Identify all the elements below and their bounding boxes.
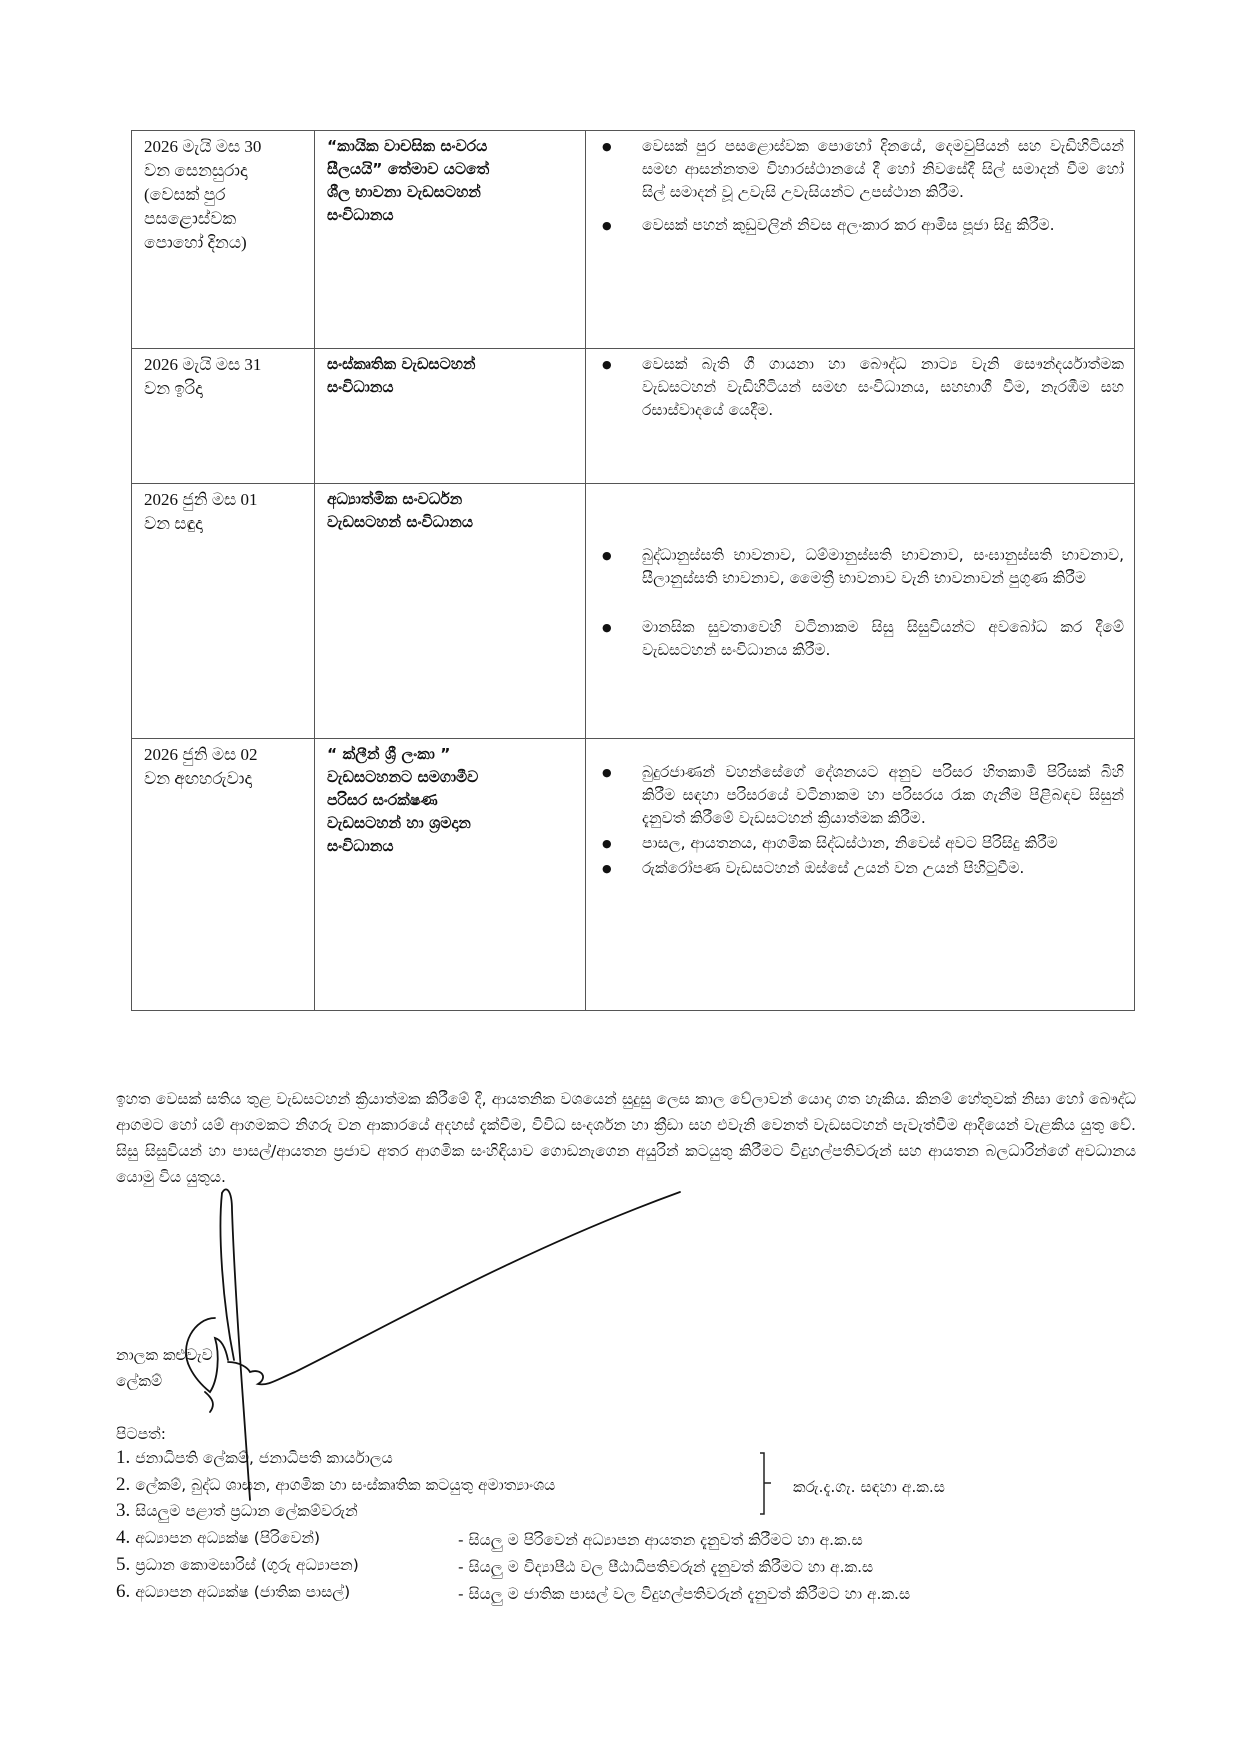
date-cell: 2026 ජුනි මස 02 වන අඟහරුවාදා <box>132 739 315 1011</box>
date-line: පොහෝ දිනය) <box>144 231 304 255</box>
copy-text: ලේකම්, බුද්ධ ශාසන, ආගමික හා සංස්කෘතික කට… <box>135 1476 555 1494</box>
copy-number: 4. <box>116 1527 130 1548</box>
program-line: අධ්‍යාත්මික සංවර්ධන <box>327 488 575 511</box>
copy-note: - සියලු ම පිරිවෙන් අධ්‍යාපන ආයතන දැනුවත්… <box>458 1531 863 1550</box>
copy-recipient: 3. සියලුම පළාත් ප්‍රධාන ලේකම්වරුන් <box>116 1500 358 1522</box>
activities-list: බුදුරජාණන් වහන්සේගේ දේශනයට අනුව පරිසර හි… <box>598 761 1124 880</box>
date-cell: 2026 මැයි මස 31 වන ඉරිදා <box>132 349 315 484</box>
date-line: පසළොස්වක <box>144 207 304 231</box>
program-line: සංස්කෘතික වැඩසටහන් <box>327 353 575 376</box>
activity-item: මානසික සුවතාවෙහි වටිනාකම සිසු සිසුවියන්ට… <box>642 616 1124 662</box>
copy-number: 1. <box>116 1447 130 1468</box>
date-line: වන ඉරිදා <box>144 377 304 401</box>
copy-recipient: 6. අධ්‍යාපන අධ්‍යක්ෂ (ජාතික පාසල්) <box>116 1581 350 1603</box>
copies-heading: පිටපත්: <box>116 1425 166 1444</box>
date-cell: 2026 ජුනි මස 01 වන සඳුදා <box>132 484 315 739</box>
program-line: “කායික වාචසික සංවරය <box>327 135 575 158</box>
group-note: කරු.දැ.ගැ. සඳහා අ.ක.ස <box>793 1478 945 1497</box>
copy-number: 5. <box>116 1554 130 1575</box>
activity-item: වෙසක් පුර පසළොස්වක පොහෝ දිනයේ, දෙමවුපියන… <box>642 135 1124 204</box>
copy-recipient: 5. ප්‍රධාන කොමසාරිස් (ගුරු අධ්‍යාපන) <box>116 1554 359 1576</box>
copy-number: 3. <box>116 1500 130 1521</box>
program-line: වැඩසටහන් සංවිධානය <box>327 511 575 534</box>
activities-cell: බුද්ධානුස්සති භාවනාව, ධම්මානුස්සති භාවනා… <box>586 484 1135 739</box>
date-line: වන සඳුදා <box>144 512 304 536</box>
bracket-icon <box>758 1452 772 1516</box>
activity-item: වෙසක් පහන් කුඩුවලින් නිවස අලංකාර කර ආමිස… <box>642 214 1124 237</box>
program-line: “ ක්ලීන් ශ්‍රී ලංකා ” <box>327 743 575 766</box>
activity-item: බුද්ධානුස්සති භාවනාව, ධම්මානුස්සති භාවනා… <box>642 544 1124 590</box>
date-cell: 2026 මැයි මස 30 වන සෙනසුරාදා (වෙසක් පුර … <box>132 131 315 349</box>
date-line: 2026 ජුනි මස 02 <box>144 743 304 767</box>
program-line: සංවිධානය <box>327 835 575 858</box>
wesak-week-schedule-table: 2026 මැයි මස 30 වන සෙනසුරාදා (වෙසක් පුර … <box>131 130 1135 1011</box>
table-row: 2026 ජුනි මස 02 වන අඟහරුවාදා “ ක්ලීන් ශ්… <box>132 739 1135 1011</box>
activity-item: වෙසක් බැති ගී ගායනා හා බෞද්ධ නාට්‍ය වැනි… <box>642 353 1124 422</box>
copy-text: ප්‍රධාන කොමසාරිස් (ගුරු අධ්‍යාපන) <box>135 1556 359 1574</box>
date-line: වන අඟහරුවාදා <box>144 767 304 791</box>
activities-cell: බුදුරජාණන් වහන්සේගේ දේශනයට අනුව පරිසර හි… <box>586 739 1135 1011</box>
program-line: වැඩසටහන් හා ශ්‍රමදාන <box>327 812 575 835</box>
copy-recipient: 1. ජනාධිපති ලේකම්, ජනාධිපති කාර්යාලය <box>116 1447 393 1469</box>
copy-recipient: 2. ලේකම්, බුද්ධ ශාසන, ආගමික හා සංස්කෘතික… <box>116 1474 555 1496</box>
table-row: 2026 මැයි මස 31 වන ඉරිදා සංස්කෘතික වැඩසට… <box>132 349 1135 484</box>
activities-cell: වෙසක් බැති ගී ගායනා හා බෞද්ධ නාට්‍ය වැනි… <box>586 349 1135 484</box>
signatory-name: නාලක කළුවැව <box>116 1346 213 1365</box>
activities-list: වෙසක් පුර පසළොස්වක පොහෝ දිනයේ, දෙමවුපියන… <box>598 135 1124 237</box>
activities-list: බුද්ධානුස්සති භාවනාව, ධම්මානුස්සති භාවනා… <box>598 544 1124 662</box>
date-line: වන සෙනසුරාදා <box>144 159 304 183</box>
date-line: 2026 මැයි මස 30 <box>144 135 304 159</box>
activity-item: පාසල, ආයතනය, ආගමික සිද්ධස්ථාන, නිවෙස් අව… <box>642 832 1124 855</box>
copy-text: අධ්‍යාපන අධ්‍යක්ෂ (ජාතික පාසල්) <box>135 1583 350 1601</box>
program-line: සංවිධානය <box>327 376 575 399</box>
program-line: ශීල භාවනා වැඩසටහන් <box>327 181 575 204</box>
instruction-paragraph: ඉහත වෙසක් සතිය තුළ වැඩසටහන් ක්‍රියාත්මක … <box>116 1086 1136 1190</box>
signatory-title: ලේකම් <box>116 1372 162 1391</box>
program-line: වැඩසටහනට සමගාමීව <box>327 766 575 789</box>
program-line: පරිසර සංරක්ෂණ <box>327 789 575 812</box>
program-cell: සංස්කෘතික වැඩසටහන් සංවිධානය <box>315 349 586 484</box>
program-line: සංවිධානය <box>327 204 575 227</box>
date-line: 2026 මැයි මස 31 <box>144 353 304 377</box>
copy-note: - සියලු ම ජාතික පාසල් වල විදුහල්පතිවරුන්… <box>458 1585 910 1604</box>
program-cell: “ ක්ලීන් ශ්‍රී ලංකා ” වැඩසටහනට සමගාමීව ප… <box>315 739 586 1011</box>
copy-text: සියලුම පළාත් ප්‍රධාන ලේකම්වරුන් <box>135 1502 358 1520</box>
program-cell: “කායික වාචසික සංවරය සීලයයි” තේමාව යටතේ ශ… <box>315 131 586 349</box>
date-line: (වෙසක් පුර <box>144 183 304 207</box>
activity-item: රුක්රෝපණ වැඩසටහන් ඔස්සේ උයන් වන උයන් පිහ… <box>642 857 1124 880</box>
program-cell: අධ්‍යාත්මික සංවර්ධන වැඩසටහන් සංවිධානය <box>315 484 586 739</box>
copy-text: ජනාධිපති ලේකම්, ජනාධිපති කාර්යාලය <box>135 1449 393 1467</box>
document-page: 2026 මැයි මස 30 වන සෙනසුරාදා (වෙසක් පුර … <box>0 0 1240 1755</box>
copy-number: 2. <box>116 1474 130 1495</box>
date-line: 2026 ජුනි මස 01 <box>144 488 304 512</box>
activity-item: බුදුරජාණන් වහන්සේගේ දේශනයට අනුව පරිසර හි… <box>642 761 1124 830</box>
activities-list: වෙසක් බැති ගී ගායනා හා බෞද්ධ නාට්‍ය වැනි… <box>598 353 1124 422</box>
copy-number: 6. <box>116 1581 130 1602</box>
copy-text: අධ්‍යාපන අධ්‍යක්ෂ (පිරිවෙන්) <box>135 1529 320 1547</box>
copy-recipient: 4. අධ්‍යාපන අධ්‍යක්ෂ (පිරිවෙන්) <box>116 1527 320 1549</box>
table-row: 2026 ජුනි මස 01 වන සඳුදා අධ්‍යාත්මික සංව… <box>132 484 1135 739</box>
program-line: සීලයයි” තේමාව යටතේ <box>327 158 575 181</box>
copy-note: - සියලු ම විද්‍යාපීඨ වල පීඨාධිපතිවරුන් ද… <box>458 1558 873 1577</box>
table-row: 2026 මැයි මස 30 වන සෙනසුරාදා (වෙසක් පුර … <box>132 131 1135 349</box>
activities-cell: වෙසක් පුර පසළොස්වක පොහෝ දිනයේ, දෙමවුපියන… <box>586 131 1135 349</box>
